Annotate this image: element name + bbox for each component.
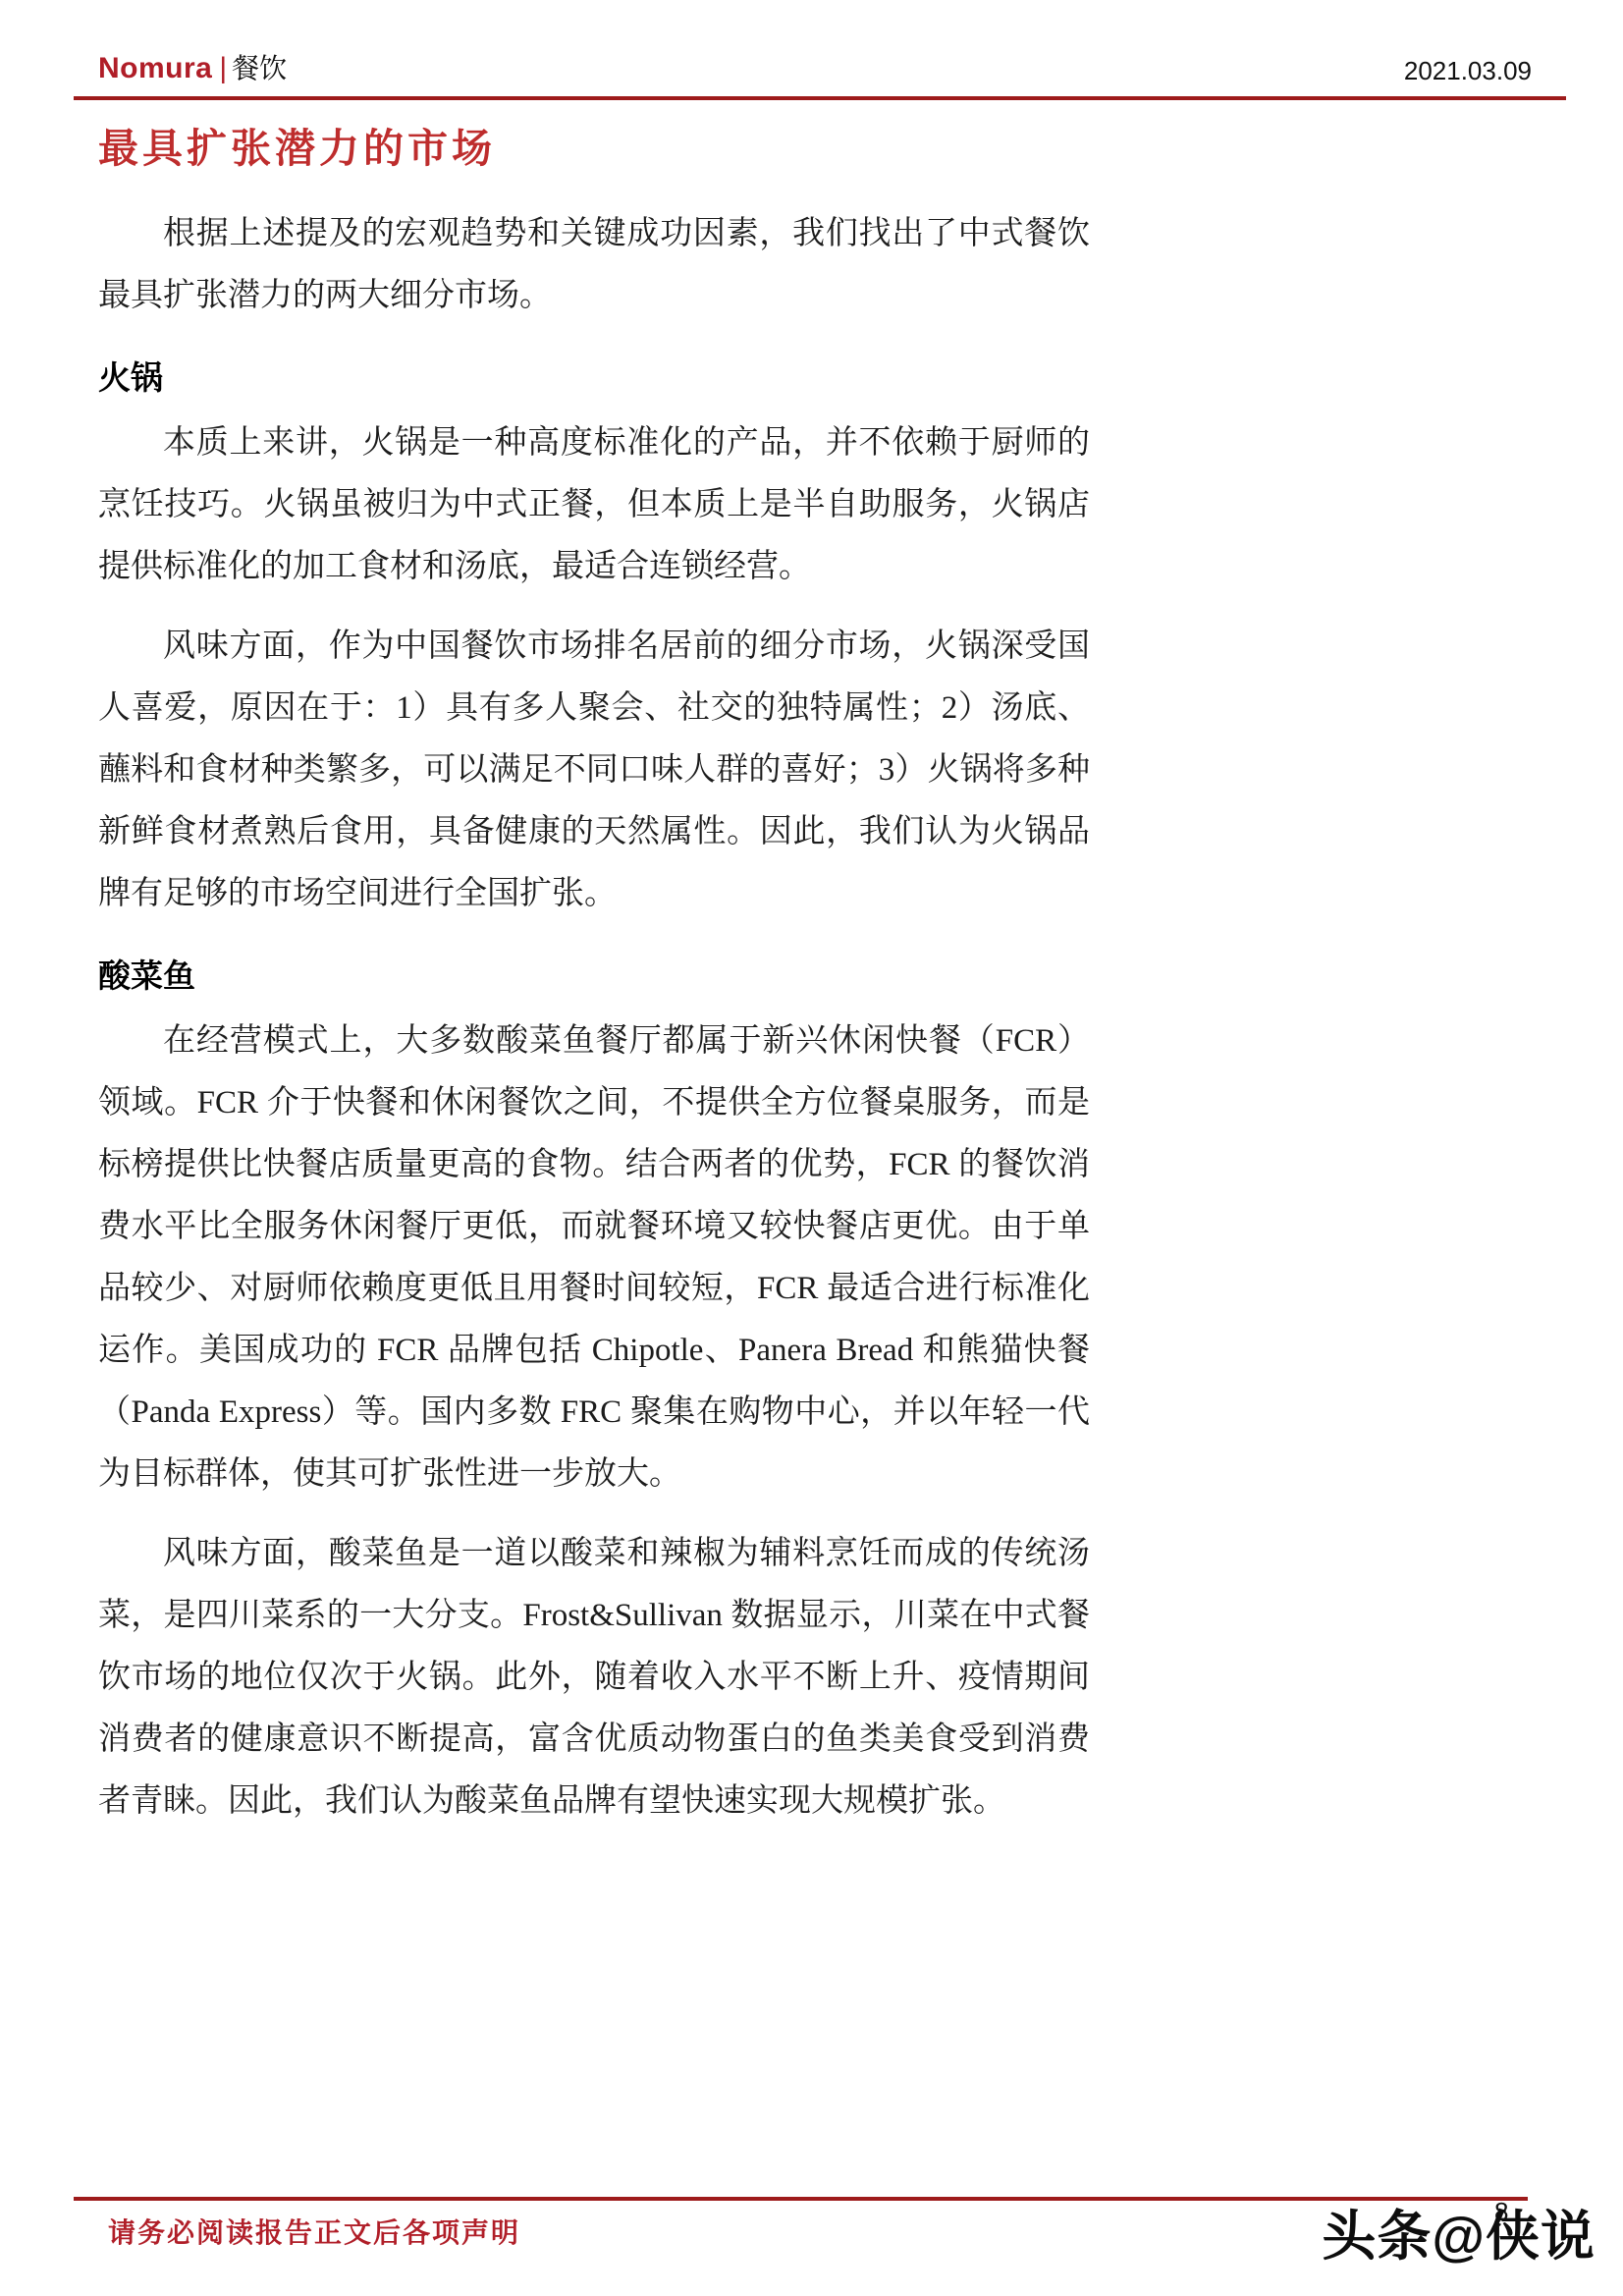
pickled-fish-paragraph-2: 风味方面，酸菜鱼是一道以酸菜和辣椒为辅料烹饪而成的传统汤菜，是四川菜系的一大分支…	[98, 1523, 1090, 1832]
watermark-text: 头条@侠说	[1322, 2193, 1596, 2270]
hotpot-paragraph-2: 风味方面，作为中国餐饮市场排名居前的细分市场，火锅深受国人喜爱，原因在于：1）具…	[98, 616, 1090, 925]
header-divider	[74, 96, 1566, 100]
brand-logo: Nomura	[98, 52, 212, 85]
page-header: Nomura | 餐饮 2021.03.09	[0, 0, 1623, 96]
report-body: 最具扩张潜力的市场 根据上述提及的宏观趋势和关键成功因素，我们找出了中式餐饮最具…	[98, 116, 1090, 1832]
pickled-fish-paragraph-1: 在经营模式上，大多数酸菜鱼餐厅都属于新兴休闲快餐（FCR）领域。FCR 介于快餐…	[98, 1011, 1090, 1505]
report-page: Nomura | 餐饮 2021.03.09 最具扩张潜力的市场 根据上述提及的…	[0, 0, 1623, 2296]
report-date: 2021.03.09	[1404, 56, 1532, 86]
header-section-label: 餐饮	[232, 47, 287, 86]
section-heading-pickled-fish: 酸菜鱼	[98, 951, 1090, 997]
footer-divider	[74, 2197, 1528, 2201]
header-separator: |	[219, 52, 227, 85]
section-heading-hotpot: 火锅	[98, 353, 1090, 399]
intro-paragraph: 根据上述提及的宏观趋势和关键成功因素，我们找出了中式餐饮最具扩张潜力的两大细分市…	[98, 203, 1090, 327]
hotpot-paragraph-1: 本质上来讲，火锅是一种高度标准化的产品，并不依赖于厨师的烹饪技巧。火锅虽被归为中…	[98, 412, 1090, 598]
page-title: 最具扩张潜力的市场	[98, 116, 1090, 174]
header-brand-line: Nomura | 餐饮	[98, 47, 287, 86]
footer-disclaimer: 请务必阅读报告正文后各项声明	[108, 2212, 520, 2251]
